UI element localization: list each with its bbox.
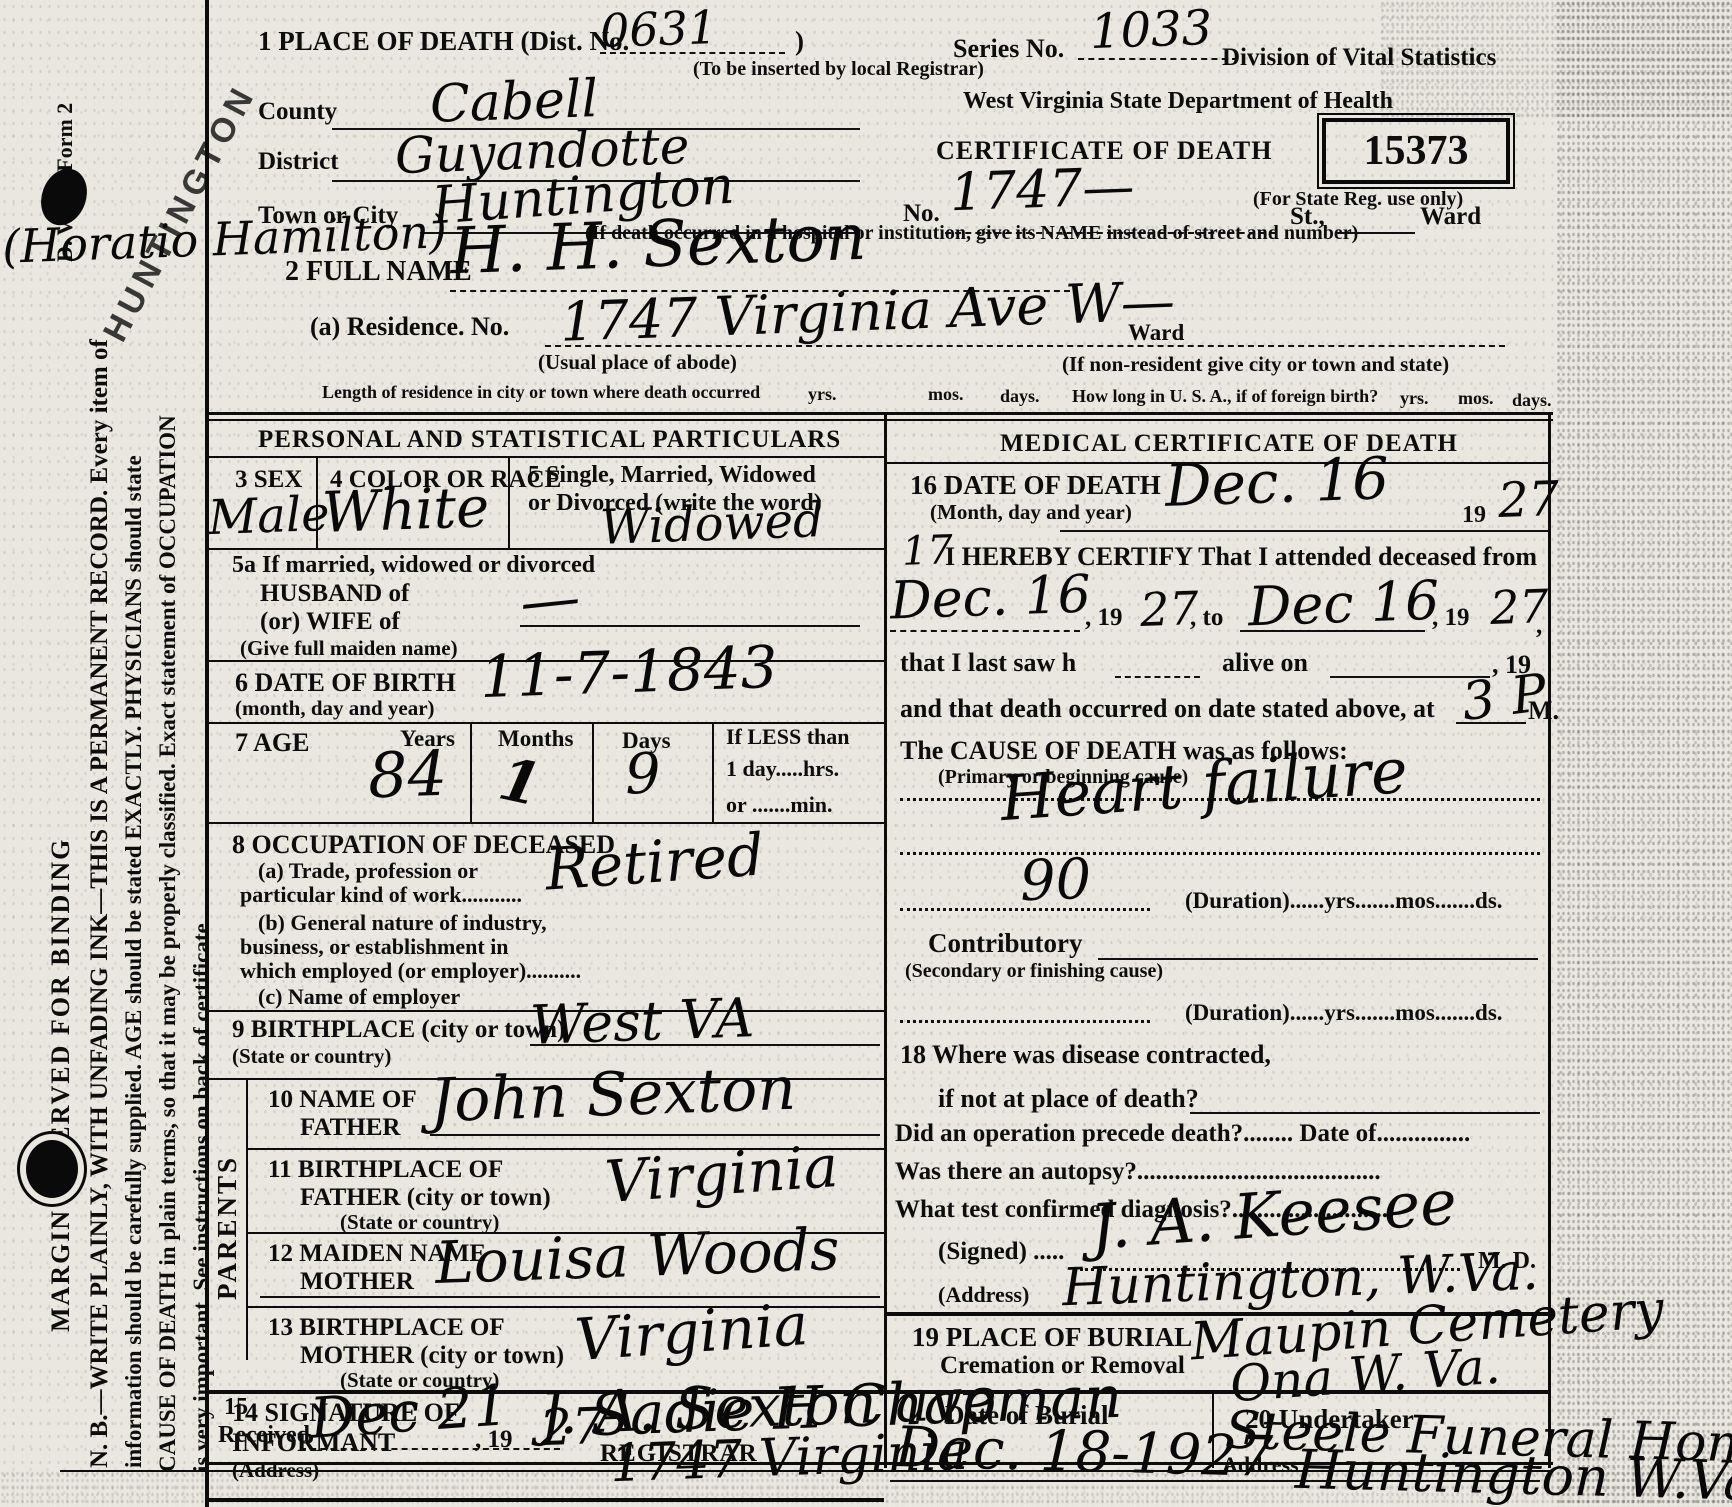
occ-b3: which employed (or employer).......... [240, 958, 581, 984]
dob-value: 11-7-1843 [479, 633, 779, 711]
attended-from: Dec. 16 [889, 565, 1092, 632]
item18-line2: if not at place of death? [938, 1084, 1199, 1114]
full-name-label: 2 FULL NAME [285, 256, 472, 288]
year-prefix-2: , 19 [1432, 604, 1470, 632]
age-days-value: 9 [624, 741, 662, 807]
abode-note: (Usual place of abode) [538, 350, 737, 375]
series-line [1078, 58, 1238, 60]
occ-a1: (a) Trade, profession or [258, 858, 478, 884]
dob-label: 6 DATE OF BIRTH [235, 668, 456, 698]
contrib-dotline [900, 1020, 1150, 1023]
state-reg-number: 15373 [1364, 127, 1469, 175]
row7-rule [205, 822, 884, 824]
length-residence-note: Length of residence in city or town wher… [322, 382, 760, 403]
birthplace-value: West VA [529, 986, 755, 1057]
column-divider [884, 412, 887, 1468]
age-div-1 [470, 722, 472, 822]
operation-question: Did an operation precede death?........ … [895, 1120, 1470, 1148]
residence-label: (a) Residence. No. [310, 312, 509, 342]
dod-sub: (Month, day and year) [930, 500, 1132, 525]
length-yrs-label: yrs. [808, 384, 837, 405]
burial-label-1: 19 PLACE OF BURIAL [912, 1322, 1192, 1353]
full-name-value: H. H. Sexton [449, 201, 868, 289]
top-section-rule-b [205, 419, 1553, 421]
father-label-2: FATHER [300, 1114, 400, 1142]
attended-to: Dec 16 [1247, 569, 1440, 639]
usa-mos-label: mos. [1458, 388, 1494, 409]
burial-date-value: Dec. 18-1927 [894, 1415, 1273, 1490]
item18-line [1190, 1112, 1540, 1114]
marital-value: Widowed [599, 492, 825, 556]
duration-label-2: (Duration)......yrs.......mos.......ds. [1185, 1000, 1503, 1026]
marital-label-1: 5 Single, Married, Widowed [528, 462, 816, 489]
father-bp-label-2: FATHER (city or town) [300, 1184, 551, 1212]
age-label: 7 AGE [235, 728, 309, 758]
occupation-value: Retired [543, 820, 766, 903]
to-label: , to [1190, 604, 1223, 632]
registrar-label: REGISTRAR [600, 1440, 758, 1468]
attended-to-line [1240, 630, 1425, 632]
year-prefix-1: , 19 [1085, 604, 1123, 632]
received-no: 15 [224, 1394, 248, 1421]
mother-birthplace-value: Virginia [573, 1290, 810, 1374]
m-label: M. [1528, 696, 1559, 726]
mother-label-2: MOTHER [300, 1268, 414, 1296]
parents-label: PARENTS [212, 1155, 243, 1300]
death-certificate-scan: D. V. S.—Form 2 MARGIN RESERVED FOR BIND… [0, 0, 1732, 1507]
close-paren: ) [795, 26, 804, 57]
item5a-line4: (Give full maiden name) [240, 636, 458, 661]
sex-value: Male [207, 486, 330, 546]
race-marital-divider [508, 456, 510, 548]
top-section-rule-a [205, 412, 1553, 415]
series-number-value: 1033 [1089, 0, 1213, 60]
father-birthplace-value: Virginia [603, 1132, 840, 1216]
dist-no-line [600, 52, 785, 54]
department-title: West Virginia State Department of Health [963, 88, 1393, 115]
division-label: Division of Vital Statistics [1222, 44, 1496, 72]
father-label-1: 10 NAME OF [268, 1086, 417, 1114]
attended-from-line [890, 630, 1080, 632]
county-label: County [258, 98, 337, 126]
mother-bp-label-2: MOTHER (city or town) [300, 1342, 564, 1370]
district-label: District [258, 148, 339, 176]
burial-label-2: Cremation or Removal [940, 1352, 1185, 1380]
dob-sub: (month, day and year) [235, 696, 435, 721]
row5-rule [205, 548, 884, 550]
dod-year: 27 [1497, 471, 1560, 529]
age-months-value: 1 [493, 745, 547, 820]
ward-label: Ward [1420, 203, 1481, 231]
nonresident-note: (If non-resident give city or town and s… [1062, 352, 1449, 377]
father-value: John Sexton [429, 1054, 797, 1137]
margin-nb-line-2: information should be carefully supplied… [121, 455, 147, 1468]
contributory-line [1098, 958, 1538, 960]
cause-dotline-3 [900, 908, 1150, 911]
if-less-1: If LESS than [726, 724, 850, 750]
parents-divider [246, 1078, 248, 1360]
ward2-label: Ward [1128, 320, 1184, 346]
informant-label-3: (Address) [232, 1458, 319, 1483]
last-saw-blank [1115, 676, 1200, 678]
margin-nb-line-3: CAUSE OF DEATH in plain terms, so that i… [155, 415, 181, 1472]
signed-label: (Signed) ..... [938, 1238, 1064, 1266]
series-label: Series No. [953, 34, 1064, 64]
length-mos-label: mos. [928, 384, 964, 405]
usa-days-label: days. [1512, 390, 1552, 411]
dod-line [1060, 530, 1548, 532]
occ-c: (c) Name of employer [258, 984, 460, 1010]
usa-note: How long in U. S. A., if of foreign birt… [1072, 386, 1378, 407]
father-bp-label-1: 11 BIRTHPLACE OF [268, 1156, 503, 1184]
street-no-value: 1747— [949, 157, 1135, 223]
mother-bp-label-1: 13 BIRTHPLACE OF [268, 1314, 505, 1342]
if-less-3: or .......min. [726, 792, 833, 818]
margin-nb-line-1: N. B.—WRITE PLAINLY, WITH UNFADING INK—T… [86, 339, 114, 1468]
last-saw-text: that I last saw h [900, 648, 1076, 678]
place-of-death-label: 1 PLACE OF DEATH (Dist. No. [258, 26, 629, 57]
age-div-2 [592, 722, 594, 822]
cause-duration-value: 90 [1019, 847, 1092, 914]
death-time-line [1456, 722, 1526, 724]
burial-rule [887, 1390, 1548, 1394]
dod-year-prefix: 19 [1462, 502, 1486, 529]
residence-line [545, 345, 1505, 347]
personal-section-title: PERSONAL AND STATISTICAL PARTICULARS [258, 426, 841, 454]
birthplace-label: 9 BIRTHPLACE (city or town) [232, 1016, 565, 1044]
spouse-line [520, 625, 860, 627]
mother-value: Louisa Woods [434, 1215, 841, 1297]
dod-value: Dec. 16 [1164, 444, 1390, 520]
age-years-value: 84 [367, 737, 448, 813]
received-label: Received [218, 1422, 310, 1449]
undertaker-address-label: Address [1222, 1452, 1299, 1478]
occ-b1: (b) General nature of industry, [258, 910, 547, 936]
if-less-2: 1 day.....hrs. [726, 756, 839, 782]
race-value: White [321, 475, 490, 546]
duration-label-1: (Duration)......yrs.......mos.......ds. [1185, 888, 1503, 914]
usa-yrs-label: yrs. [1400, 388, 1429, 409]
occ-a2: particular kind of work........... [240, 882, 522, 908]
occ-b2: business, or establishment in [240, 934, 509, 960]
registrar-insert-note: (To be inserted by local Registrar) [693, 58, 984, 81]
comma-1: , [1536, 612, 1542, 640]
personal-title-rule [205, 456, 884, 458]
dod-label: 16 DATE OF DEATH [910, 470, 1161, 501]
district-number-value: 0631 [599, 0, 718, 58]
birthplace-sub: (State or country) [232, 1044, 391, 1069]
age-div-3 [712, 722, 714, 822]
death-occurred-text: and that death occurred on date stated a… [900, 694, 1435, 724]
birthplace-line [530, 1044, 880, 1046]
alive-on-text: alive on [1222, 648, 1308, 678]
margin-binding-note: MARGIN RESERVED FOR BINDING [46, 838, 76, 1332]
length-days-label: days. [1000, 386, 1040, 407]
row14-rule [205, 1498, 884, 1502]
address-label: (Address) [938, 1282, 1029, 1308]
contributory-label: Contributory [928, 928, 1083, 959]
received-line [300, 1448, 560, 1450]
item5a-line2: HUSBAND of [260, 580, 409, 608]
cause-dotline-2 [900, 852, 1540, 855]
item5a-line3: (or) WIFE of [260, 608, 400, 636]
item18-line1: 18 Where was disease contracted, [900, 1040, 1271, 1070]
state-reg-number-box: 15373 [1322, 118, 1510, 184]
ink-blot-bottom [26, 1140, 78, 1198]
undertaker-address-value: Huntington W.Va. [1294, 1438, 1732, 1507]
contributory-sub: (Secondary or finishing cause) [905, 960, 1163, 983]
